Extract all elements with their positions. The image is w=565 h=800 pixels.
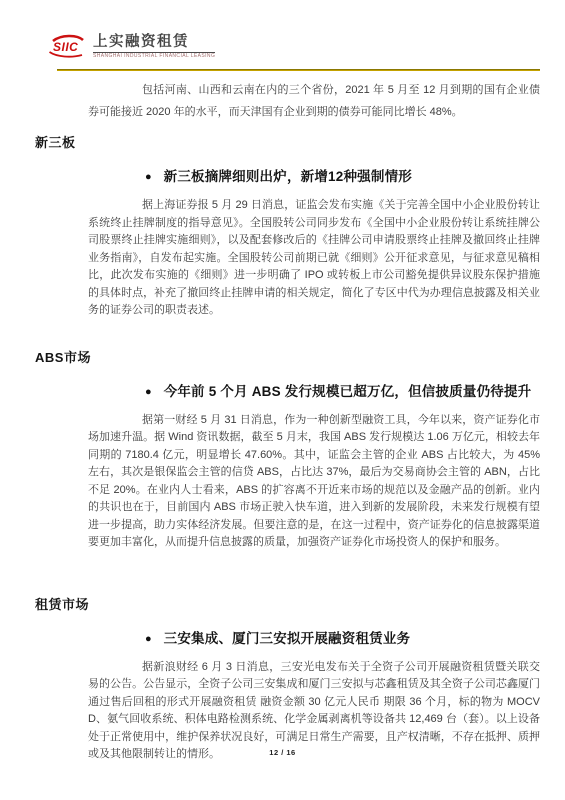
section-abs-market: ABS市场 ● 今年前 5 个月 ABS 发行规模已超万亿，但信披质量仍待提升 … xyxy=(35,347,540,552)
section-heading: 新三板 xyxy=(35,132,540,151)
siic-logo-text: SIIC xyxy=(53,40,78,54)
section-xinsanban: 新三板 ● 新三板摘牌细则出炉，新增12种强制情形 据上海证券报 5 月 29 … xyxy=(35,132,540,320)
logo-names: 上实融资租赁 SHANGHAI INDUSTRIAL FINANCIAL LEA… xyxy=(93,35,215,60)
section-body: 据第一财经 5 月 31 日消息，作为一种创新型融资工具，今年以来，资产证券化市… xyxy=(88,412,540,552)
newsletter-content: 包括河南、山西和云南在内的三个省份，2021 年 5 月至 12 月到期的国有企… xyxy=(35,80,540,764)
bullet-headline: ● 三安集成、厦门三安拟开展融资租赁业务 xyxy=(145,627,540,647)
header-rule-divider xyxy=(57,69,540,71)
bullet-headline: ● 今年前 5 个月 ABS 发行规模已超万亿，但信披质量仍待提升 xyxy=(145,380,540,400)
bullet-title: 今年前 5 个月 ABS 发行规模已超万亿，但信披质量仍待提升 xyxy=(164,380,532,400)
page-number: 12 / 16 xyxy=(269,748,295,757)
bullet-icon: ● xyxy=(145,386,152,398)
intro-paragraph: 包括河南、山西和云南在内的三个省份，2021 年 5 月至 12 月到期的国有企… xyxy=(88,80,540,123)
bullet-title: 三安集成、厦门三安拟开展融资租赁业务 xyxy=(164,627,411,647)
section-body: 据上海证券报 5 月 29 日消息，证监会发布实施《关于完善全国中小企业股份转让… xyxy=(88,197,540,320)
section-heading: 租赁市场 xyxy=(35,594,540,613)
logo-en-subtitle: SHANGHAI INDUSTRIAL FINANCIAL LEASING xyxy=(93,53,215,60)
siic-logo-mark: SIIC xyxy=(48,34,86,60)
bullet-title: 新三板摘牌细则出炉，新增12种强制情形 xyxy=(164,165,412,185)
company-logo: SIIC 上实融资租赁 SHANGHAI INDUSTRIAL FINANCIA… xyxy=(48,28,540,60)
bullet-icon: ● xyxy=(145,171,152,183)
section-heading: ABS市场 xyxy=(35,347,540,366)
newsletter-page: SIIC 上实融资租赁 SHANGHAI INDUSTRIAL FINANCIA… xyxy=(0,0,565,800)
logo-cn-title: 上实融资租赁 xyxy=(93,35,215,53)
page-header: SIIC 上实融资租赁 SHANGHAI INDUSTRIAL FINANCIA… xyxy=(0,0,565,71)
section-leasing-market: 租赁市场 ● 三安集成、厦门三安拟开展融资租赁业务 据新浪财经 6 月 3 日消… xyxy=(35,594,540,764)
bullet-icon: ● xyxy=(145,633,152,645)
page-footer: 12 / 16 xyxy=(0,742,565,760)
bullet-headline: ● 新三板摘牌细则出炉，新增12种强制情形 xyxy=(145,165,540,185)
